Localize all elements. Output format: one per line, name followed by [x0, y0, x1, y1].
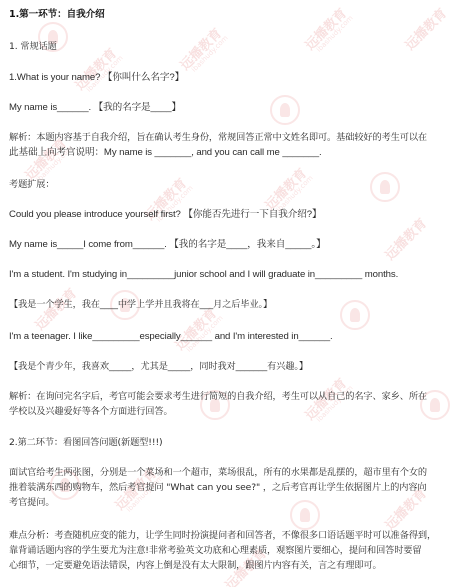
analysis-1-line-1: 解析：本题内容基于自我介绍，旨在确认考生身份，常规回答正常中文姓名即可。基础较好…: [9, 131, 446, 145]
question-1: 1.What is your name? 【你叫什么名字?】: [9, 71, 446, 85]
answer-3-chinese: 【我是一个学生，我在____中学上学并且我将在___月之后毕业。】: [9, 298, 446, 312]
analysis-1-line-2: 此基础上向考官说明：My name is _______, and you ca…: [9, 146, 446, 160]
answer-4-chinese: 【我是个青少年，我喜欢_____，尤其是_____，同时我对_______有兴趣…: [9, 360, 446, 374]
answer-3-english: I'm a student. I'm studying in_________j…: [9, 268, 446, 282]
extension-label: 考题扩展：: [9, 178, 446, 192]
answer-2: My name is_____I come from______. 【我的名字是…: [9, 238, 446, 252]
document-page: 远播教育 ibashudy.com 远播教育 ibashudy.com 远播教育…: [0, 0, 454, 587]
difficulty-line-1: 难点分析：考查随机应变的能力，让学生同时扮演提问者和回答者，不像很多口语话题平时…: [9, 529, 446, 543]
answer-1: My name is______. 【我的名字是____】: [9, 101, 446, 115]
section1-title: 1.第一环节：自我介绍: [9, 8, 446, 22]
difficulty-line-2: 靠背诵话题内容的学生要尤为注意!非常考验英文功底和心理素质，观察图片要细心，提问…: [9, 544, 446, 558]
description-line-2: 推着装满东西的购物车，然后考官提问 "What can you see?" ，之…: [9, 481, 446, 495]
question-2: Could you please introduce yourself firs…: [9, 208, 446, 222]
difficulty-line-3: 心细节，一定要避免语法错误，内容上倒是没有太大限制，跟图片内容有关，言之有理即可…: [9, 559, 446, 573]
description-line-1: 面试官给考生两张图，分别是一个菜场和一个超市，菜场很乱，所有的水果都是乱摆的，超…: [9, 466, 446, 480]
analysis-2-line-2: 学校以及兴趣爱好等各个方面进行回答。: [9, 405, 446, 419]
answer-4-english: I'm a teenager. I like_________especiall…: [9, 330, 446, 344]
subsection-title: 1. 常规话题: [9, 40, 446, 54]
section2-title: 2.第二环节：看图回答问题(新题型!!!): [9, 436, 446, 450]
analysis-2-line-1: 解析：在询问完名字后，考官可能会要求考生进行简短的自我介绍，考生可以从自己的名字…: [9, 390, 446, 404]
description-line-3: 考官提问。: [9, 496, 446, 510]
